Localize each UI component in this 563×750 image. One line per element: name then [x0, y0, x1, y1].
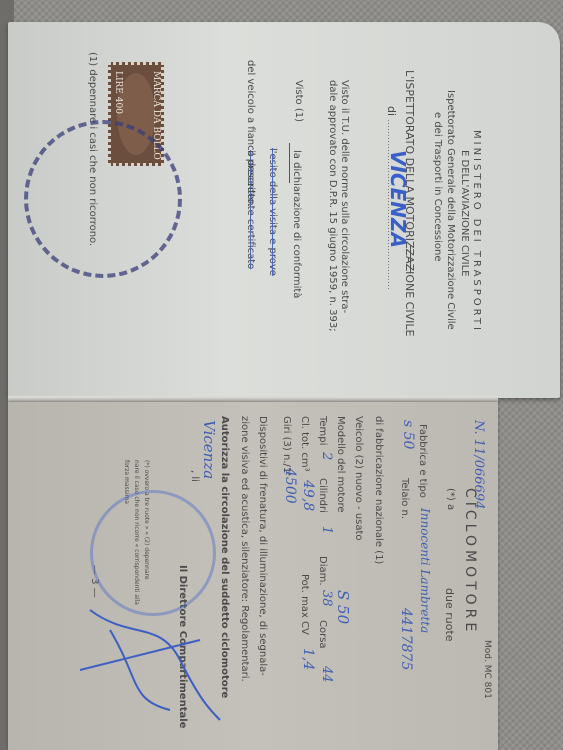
wheels-value: due ruote: [443, 588, 456, 642]
frame-value: 4417875: [398, 608, 414, 670]
vehicle-type: CICLOMOTORE: [462, 488, 478, 635]
visto-tu: Visto il T.U. delle norme sulla circolaz…: [339, 80, 350, 313]
option-inspection: l'esito della visita e prove: [267, 148, 278, 276]
vehicle-condition: Veicolo (2) nuovo - usato: [353, 416, 364, 541]
visto-tu-2: dale approvato con D.P.R. 15 giugno 1959…: [327, 80, 338, 332]
corsa-value: 44: [319, 666, 334, 683]
official-stamp: [90, 490, 216, 616]
ministry-transports: e dei Trasporti in Concessione: [432, 112, 443, 262]
date-label: , li: [189, 470, 200, 482]
stamp-value: LIRE 400: [113, 71, 123, 114]
option-declaration: la dichiarazione di conformità: [291, 150, 302, 298]
wheels-label: (*) a: [445, 488, 456, 510]
cilindri-value: 1: [319, 526, 334, 534]
director-signature: [70, 600, 230, 730]
engine-model-label: Modello del motore: [335, 416, 346, 513]
pot-label: Pot. max CV: [299, 574, 310, 635]
make-model-value: s 50: [400, 420, 416, 449]
giri-label: Giri (3) n./1': [281, 416, 292, 476]
cl-label: Cl. tot. cm³: [299, 416, 310, 472]
tempi-value: 2: [319, 452, 334, 460]
visto-1: Visto (1): [293, 80, 304, 122]
vehicle-desc: del veicolo a fianco descritto.: [245, 60, 256, 207]
model-code: Mod. MC 801: [482, 640, 492, 699]
corsa-label: Corsa: [317, 620, 328, 649]
national-label: di fabbricazione nazionale (1): [373, 416, 384, 564]
devices-line-1: Dispositivi di frenatura, di illuminazio…: [257, 416, 268, 676]
giri-value: 4500: [282, 468, 298, 504]
ministry-subtitle: E DELL'AVIAZIONE CIVILE: [459, 150, 470, 277]
bracket: [289, 143, 290, 183]
di-label: di: [385, 106, 398, 116]
pot-value: 1,4: [300, 648, 316, 670]
postmark: [24, 120, 182, 278]
cilindri-label: Cilindri: [317, 478, 328, 513]
ministry-inspectorate: Ispettorato Generale della Motorizzazion…: [445, 90, 456, 330]
city-stamp: VICENZA: [386, 150, 410, 248]
tempi-label: Tempi: [317, 416, 328, 445]
dotted-line: [388, 120, 389, 290]
place-handwritten: Vicenza: [200, 420, 218, 479]
cl-value: 49,8: [300, 480, 316, 511]
frame-label: Telaio n.: [399, 478, 410, 519]
ministry-title: MINISTERO DEI TRASPORTI: [471, 130, 482, 333]
make-label: Fabbrica e tipo: [417, 424, 428, 498]
make-value: Innocenti Lambretta: [418, 508, 432, 633]
diam-value: 38: [319, 590, 334, 607]
diam-label: Diam.: [317, 556, 328, 586]
engine-model-value: S 50: [334, 590, 352, 624]
devices-line-2: zione visiva ed acustica, silenziatore: …: [239, 416, 250, 682]
